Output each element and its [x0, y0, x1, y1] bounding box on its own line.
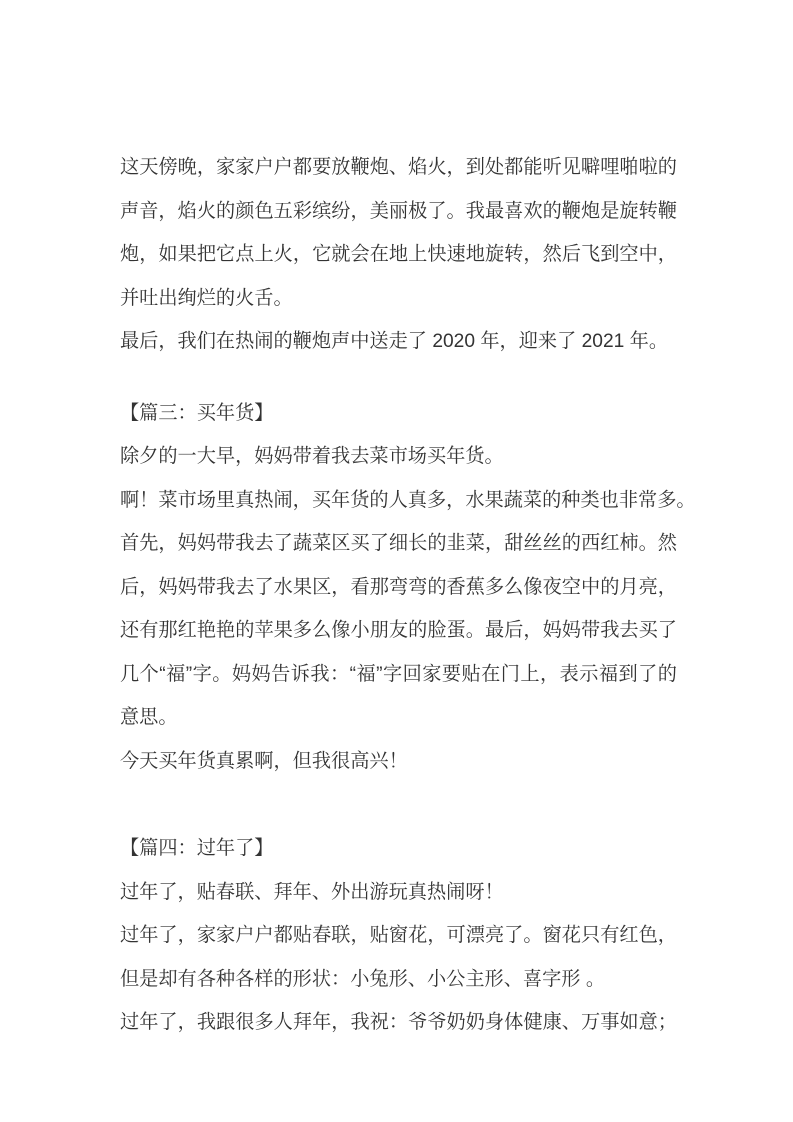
text-line: 过年了，我跟很多人拜年，我祝：爷爷奶奶身体健康、万事如意；	[120, 1001, 677, 1045]
essay-firecrackers-section: 这天傍晚，家家户户都要放鞭炮、焰火，到处都能听见噼哩啪啦的 声音，焰火的颜色五彩…	[120, 146, 677, 364]
essay-new-year-section: 【篇四：过年了】 过年了，贴春联、拜年、外出游玩真热闹呀！ 过年了，家家户户都贴…	[120, 827, 677, 1045]
text-line: 啊！菜市场里真热闹，买年货的人真多，水果蔬菜的种类也非常多。	[120, 479, 677, 523]
text-line: 后，妈妈带我去了水果区，看那弯弯的香蕉多么像夜空中的月亮，	[120, 566, 677, 610]
text-line: 并吐出绚烂的火舌。	[120, 277, 677, 321]
text-line: 但是却有各种各样的形状：小兔形、小公主形、喜字形 。	[120, 958, 677, 1002]
text-line: 还有那红艳艳的苹果多么像小朋友的脸蛋。最后，妈妈带我去买了	[120, 609, 677, 653]
text-line: 过年了，贴春联、拜年、外出游玩真热闹呀！	[120, 871, 677, 915]
text-line: 首先，妈妈带我去了蔬菜区买了细长的韭菜，甜丝丝的西红柿。然	[120, 522, 677, 566]
text-line: 除夕的一大早，妈妈带着我去菜市场买年货。	[120, 435, 677, 479]
document-text-block: 这天傍晚，家家户户都要放鞭炮、焰火，到处都能听见噼哩啪啦的 声音，焰火的颜色五彩…	[120, 146, 677, 1045]
essay-four-heading: 【篇四：过年了】	[120, 827, 677, 871]
text-line: 声音，焰火的颜色五彩缤纷，美丽极了。我最喜欢的鞭炮是旋转鞭	[120, 190, 677, 234]
text-line: 过年了，家家户户都贴春联，贴窗花，可漂亮了。窗花只有红色，	[120, 914, 677, 958]
essay-buying-new-year-goods-section: 【篇三：买年货】 除夕的一大早，妈妈带着我去菜市场买年货。 啊！菜市场里真热闹，…	[120, 392, 677, 784]
text-line: 最后，我们在热闹的鞭炮声中送走了 2020 年，迎来了 2021 年。	[120, 320, 677, 364]
text-line: 今天买年货真累啊，但我很高兴！	[120, 740, 677, 784]
text-line: 意思。	[120, 696, 677, 740]
essay-three-heading: 【篇三：买年货】	[120, 392, 677, 436]
text-line: 炮，如果把它点上火，它就会在地上快速地旋转，然后飞到空中，	[120, 233, 677, 277]
text-line: 这天傍晚，家家户户都要放鞭炮、焰火，到处都能听见噼哩啪啦的	[120, 146, 677, 190]
text-line: 几个“福”字。妈妈告诉我：“福”字回家要贴在门上，表示福到了的	[120, 653, 677, 697]
document-page: 这天傍晚，家家户户都要放鞭炮、焰火，到处都能听见噼哩啪啦的 声音，焰火的颜色五彩…	[0, 0, 793, 1122]
